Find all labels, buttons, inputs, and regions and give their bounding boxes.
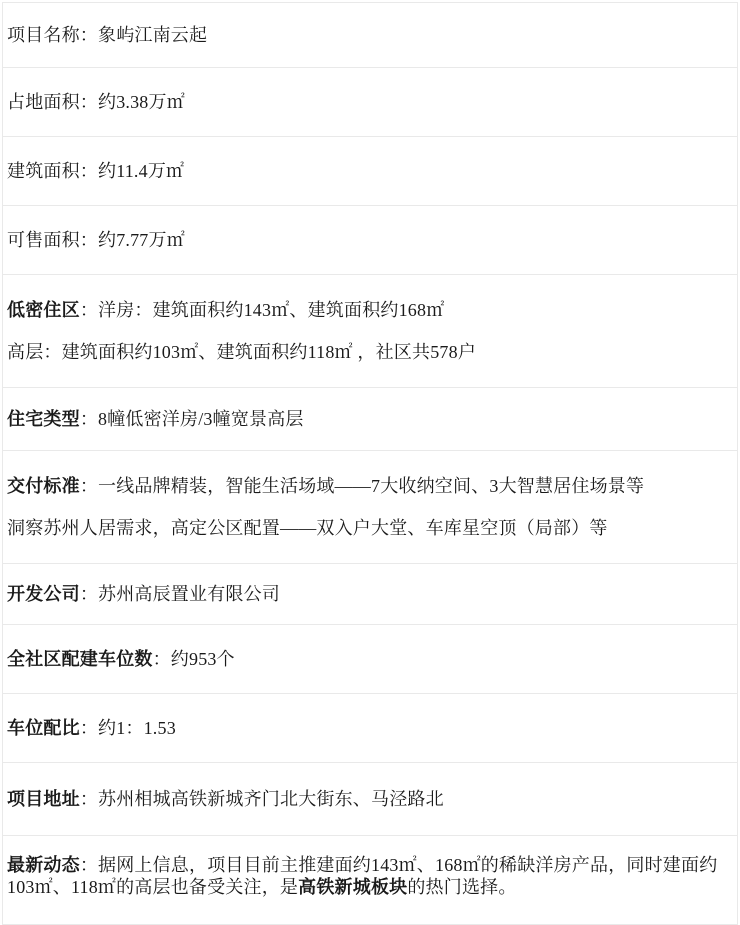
row-text: 约7.77万㎡ [98, 230, 185, 250]
table-row-project-name: 项目名称：象屿江南云起 [3, 3, 737, 68]
row-line: 开发公司：苏州高辰置业有限公司 [7, 583, 733, 605]
row-label: 车位配比 [7, 718, 80, 738]
row-text: 约11.4万㎡ [98, 161, 184, 181]
row-line: 建筑面积：约11.4万㎡ [7, 160, 733, 182]
table-row-low-density-district: 低密住区：洋房：建筑面积约143㎡、建筑面积约168㎡高层：建筑面积约103㎡、… [3, 275, 737, 388]
row-label: 交付标准 [7, 476, 80, 496]
row-text: 约3.38万㎡ [98, 92, 185, 112]
row-label: 低密住区 [7, 300, 80, 320]
row-text: ：苏州相城高铁新城齐门北大街东、马泾路北 [80, 789, 444, 809]
row-label: 高铁新城板块 [298, 877, 407, 897]
row-text: ：8幢低密洋房/3幢宽景高层 [80, 409, 304, 429]
row-label: 住宅类型 [7, 409, 80, 429]
row-text: ：约1：1.53 [80, 718, 176, 738]
row-line: 洞察苏州人居需求，高定公区配置——双入户大堂、车库星空顶（局部）等 [7, 507, 733, 549]
row-line: 低密住区：洋房：建筑面积约143㎡、建筑面积约168㎡ [7, 289, 733, 331]
row-label: 最新动态 [7, 855, 80, 875]
row-text: 的热门选择。 [407, 877, 516, 897]
table-row-land-area: 占地面积：约3.38万㎡ [3, 68, 737, 137]
row-line: 高层：建筑面积约103㎡、建筑面积约118㎡ ，社区共578户 [7, 331, 733, 373]
row-text: 建筑面积： [7, 161, 98, 181]
row-text: 洞察苏州人居需求，高定公区配置——双入户大堂、车库星空顶（局部）等 [7, 518, 608, 538]
table-row-building-area: 建筑面积：约11.4万㎡ [3, 137, 737, 206]
table-row-parking-spaces-total: 全社区配建车位数：约953个 [3, 625, 737, 694]
row-text: 可售面积： [7, 230, 98, 250]
row-text: ：约953个 [153, 649, 235, 669]
table-row-latest-news: 最新动态：据网上信息，项目目前主推建面约143㎡、168㎡的稀缺洋房产品，同时建… [3, 836, 737, 925]
row-text: ：洋房：建筑面积约143㎡、建筑面积约168㎡ [80, 300, 445, 320]
row-text: 象屿江南云起 [98, 25, 207, 45]
table-row-delivery-standard: 交付标准：一线品牌精装，智能生活场域——7大收纳空间、3大智慧居住场景等洞察苏州… [3, 451, 737, 564]
row-label: 项目地址 [7, 789, 80, 809]
table-row-project-address: 项目地址：苏州相城高铁新城齐门北大街东、马泾路北 [3, 763, 737, 836]
info-table: 项目名称：象屿江南云起占地面积：约3.38万㎡建筑面积：约11.4万㎡可售面积：… [2, 2, 738, 925]
row-text: 项目名称： [7, 25, 98, 45]
row-line: 占地面积：约3.38万㎡ [7, 91, 733, 113]
row-line: 住宅类型：8幢低密洋房/3幢宽景高层 [7, 408, 733, 430]
row-line: 全社区配建车位数：约953个 [7, 648, 733, 670]
row-line: 项目名称：象屿江南云起 [7, 24, 733, 46]
row-text: 占地面积： [7, 92, 98, 112]
row-text: 高层：建筑面积约103㎡、建筑面积约118㎡ ，社区共578户 [7, 342, 476, 362]
row-line: 最新动态：据网上信息，项目目前主推建面约143㎡、168㎡的稀缺洋房产品，同时建… [7, 854, 733, 898]
table-row-parking-ratio: 车位配比：约1：1.53 [3, 694, 737, 763]
row-text: ：苏州高辰置业有限公司 [80, 584, 280, 604]
row-line: 项目地址：苏州相城高铁新城齐门北大街东、马泾路北 [7, 788, 733, 810]
row-label: 开发公司 [7, 584, 80, 604]
row-line: 可售面积：约7.77万㎡ [7, 229, 733, 251]
table-row-residence-type: 住宅类型：8幢低密洋房/3幢宽景高层 [3, 388, 737, 451]
row-line: 车位配比：约1：1.53 [7, 717, 733, 739]
table-row-saleable-area: 可售面积：约7.77万㎡ [3, 206, 737, 275]
row-text: ：一线品牌精装，智能生活场域——7大收纳空间、3大智慧居住场景等 [80, 476, 644, 496]
row-line: 交付标准：一线品牌精装，智能生活场域——7大收纳空间、3大智慧居住场景等 [7, 465, 733, 507]
table-row-developer-company: 开发公司：苏州高辰置业有限公司 [3, 564, 737, 625]
row-label: 全社区配建车位数 [7, 649, 153, 669]
